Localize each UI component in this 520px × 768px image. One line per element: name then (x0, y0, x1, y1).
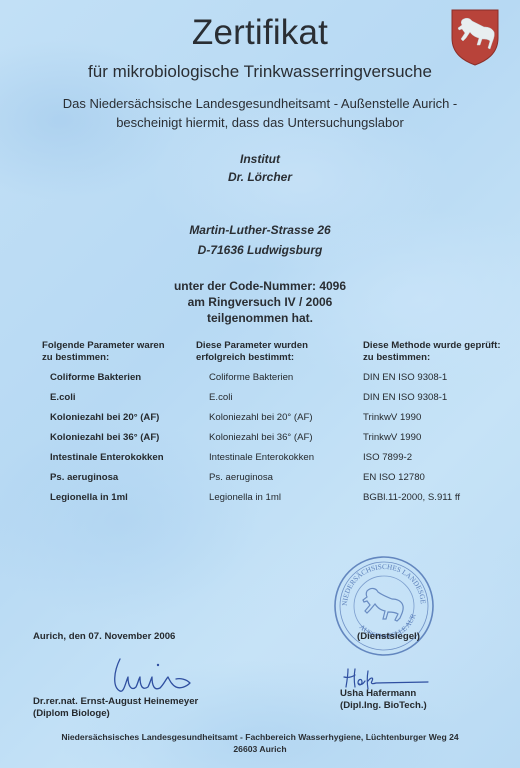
footer-line-1: Niedersächsisches Landesgesundheitsamt -… (0, 731, 520, 743)
table-row: Ps. aeruginosa (196, 470, 356, 490)
required-parameters-header: Folgende Parameter waren zu bestimmen: (42, 340, 202, 370)
footer-address: Niedersächsisches Landesgesundheitsamt -… (0, 731, 520, 755)
participation-text: unter der Code-Nummer: 4096 am Ringversu… (0, 278, 520, 326)
lab-name-line-1: Institut (0, 152, 520, 166)
intro-line-1: Das Niedersächsische Landesgesundheitsam… (0, 94, 520, 113)
table-row: BGBl.11-2000, S.911 ff (363, 490, 513, 510)
certificate-subtitle: für mikrobiologische Trinkwasserringvers… (0, 62, 520, 82)
table-row: Intestinale Enterokokken (196, 450, 356, 470)
table-row: Legionella in 1ml (42, 490, 202, 510)
intro-line-2: bescheinigt hiermit, dass das Untersuchu… (0, 113, 520, 132)
table-row: Koloniezahl bei 20° (AF) (42, 410, 202, 430)
methods-header: Diese Methode wurde geprüft: zu bestimme… (363, 340, 513, 370)
table-row: Legionella in 1ml (196, 490, 356, 510)
seal-label: (Dienstsiegel) (357, 631, 420, 643)
signatory-left-title: (Diplom Biologe) (33, 708, 110, 720)
table-row: ISO 7899-2 (363, 450, 513, 470)
table-row: Ps. aeruginosa (42, 470, 202, 490)
lab-name-line-2: Dr. Lörcher (0, 170, 520, 184)
table-row: E.coli (42, 390, 202, 410)
successful-parameters-header: Diese Parameter wurden erfolgreich besti… (196, 340, 356, 370)
place-date: Aurich, den 07. November 2006 (33, 631, 175, 643)
code-number-line: unter der Code-Nummer: 4096 (0, 278, 520, 294)
signatory-left-name: Dr.rer.nat. Ernst-August Heinemeyer (33, 696, 198, 708)
table-row: TrinkwV 1990 (363, 430, 513, 450)
successful-parameters-column: Diese Parameter wurden erfolgreich besti… (196, 340, 356, 510)
table-row: Coliforme Bakterien (196, 370, 356, 390)
ring-test-line: am Ringversuch IV / 2006 (0, 294, 520, 310)
required-parameters-column: Folgende Parameter waren zu bestimmen: C… (42, 340, 202, 510)
table-row: Koloniezahl bei 36° (AF) (196, 430, 356, 450)
signatory-right-name: Usha Hafermann (340, 688, 416, 700)
participated-line: teilgenommen hat. (0, 310, 520, 326)
lower-saxony-horse-crest-icon (450, 8, 500, 66)
table-row: Koloniezahl bei 20° (AF) (196, 410, 356, 430)
table-row: DIN EN ISO 9308-1 (363, 390, 513, 410)
methods-column: Diese Methode wurde geprüft: zu bestimme… (363, 340, 513, 510)
footer-line-2: 26603 Aurich (0, 743, 520, 755)
signature-hafermann (340, 665, 430, 690)
signatory-right-title: (Dipl.Ing. BioTech.) (340, 700, 427, 712)
table-row: EN ISO 12780 (363, 470, 513, 490)
table-row: Intestinale Enterokokken (42, 450, 202, 470)
certificate-title: Zertifikat (0, 13, 520, 53)
table-row: Koloniezahl bei 36° (AF) (42, 430, 202, 450)
lab-city: D-71636 Ludwigsburg (0, 243, 520, 257)
table-row: Coliforme Bakterien (42, 370, 202, 390)
seal-horse-icon (363, 588, 403, 621)
lab-street: Martin-Luther-Strasse 26 (0, 223, 520, 237)
table-row: E.coli (196, 390, 356, 410)
table-row: DIN EN ISO 9308-1 (363, 370, 513, 390)
intro-text: Das Niedersächsische Landesgesundheitsam… (0, 94, 520, 132)
table-row: TrinkwV 1990 (363, 410, 513, 430)
